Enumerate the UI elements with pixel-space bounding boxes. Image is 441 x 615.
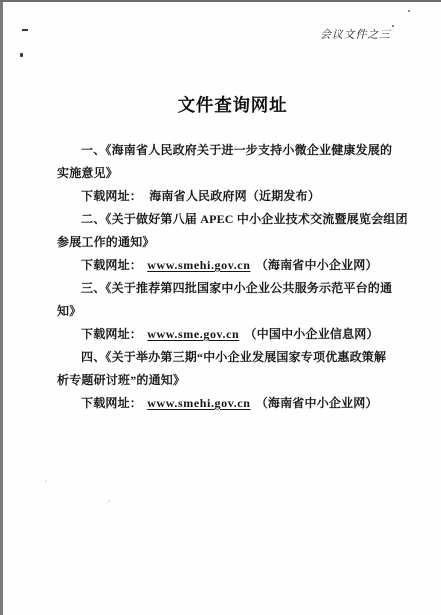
download-label: 下载网址： — [81, 189, 142, 203]
scan-edge-top — [0, 0, 441, 2]
download-url: www.smehi.gov.cn — [145, 258, 252, 272]
scan-artifact-dot — [392, 25, 394, 27]
download-label: 下载网址： — [81, 396, 142, 410]
item-2-title-line-1: 二、《关于做好第八届 APEC 中小企业技术交流暨展览会组团 — [57, 208, 393, 231]
item-1-download-line: 下载网址： 海南省人民政府网（近期发布） — [57, 185, 393, 208]
item-4-title-line-1: 四、《关于举办第三期“中小企业发展国家专项优惠政策解 — [57, 346, 393, 369]
scan-artifact-dot — [408, 10, 410, 12]
item-4-title-line-2: 析专题研讨班”的通知》 — [57, 369, 393, 392]
item-3-title-line-1: 三、《关于推荐第四批国家中小企业公共服务示范平台的通 — [57, 277, 393, 300]
item-3-title-line-2: 知》 — [57, 300, 393, 323]
corner-label: 会议文件之三 — [320, 28, 391, 42]
scan-artifact-dot — [45, 480, 47, 482]
document-body: 一、《海南省人民政府关于进一步支持小微企业健康发展的 实施意见》 下载网址： 海… — [57, 139, 393, 415]
download-url: www.sme.gov.cn — [145, 327, 241, 341]
scan-artifact-speck — [20, 53, 23, 57]
item-2-download-line: 下载网址： www.smehi.gov.cn （海南省中小企业网） — [57, 254, 393, 277]
download-site: 海南省人民政府网（近期发布） — [149, 189, 320, 203]
item-1-title-line-1: 一、《海南省人民政府关于进一步支持小微企业健康发展的 — [57, 139, 393, 162]
download-site: （中国中小企业信息网） — [245, 327, 379, 341]
item-3-download-line: 下载网址： www.sme.gov.cn （中国中小企业信息网） — [57, 323, 393, 346]
scanned-document-page: 会议文件之三 文件查询网址 一、《海南省人民政府关于进一步支持小微企业健康发展的… — [0, 0, 441, 615]
page-title: 文件查询网址 — [12, 95, 441, 115]
download-label: 下载网址： — [81, 258, 142, 272]
download-url: www.smehi.gov.cn — [145, 396, 252, 410]
item-2-title-line-2: 参展工作的通知》 — [57, 231, 393, 254]
download-label: 下载网址： — [81, 327, 142, 341]
item-4-download-line: 下载网址： www.smehi.gov.cn （海南省中小企业网） — [57, 392, 393, 415]
download-site: （海南省中小企业网） — [256, 396, 378, 410]
item-1-title-line-2: 实施意见》 — [57, 162, 393, 185]
scan-artifact-dot — [108, 500, 110, 502]
scan-artifact-dash — [22, 29, 28, 31]
download-site: （海南省中小企业网） — [256, 258, 378, 272]
scan-edge-left — [0, 0, 3, 615]
